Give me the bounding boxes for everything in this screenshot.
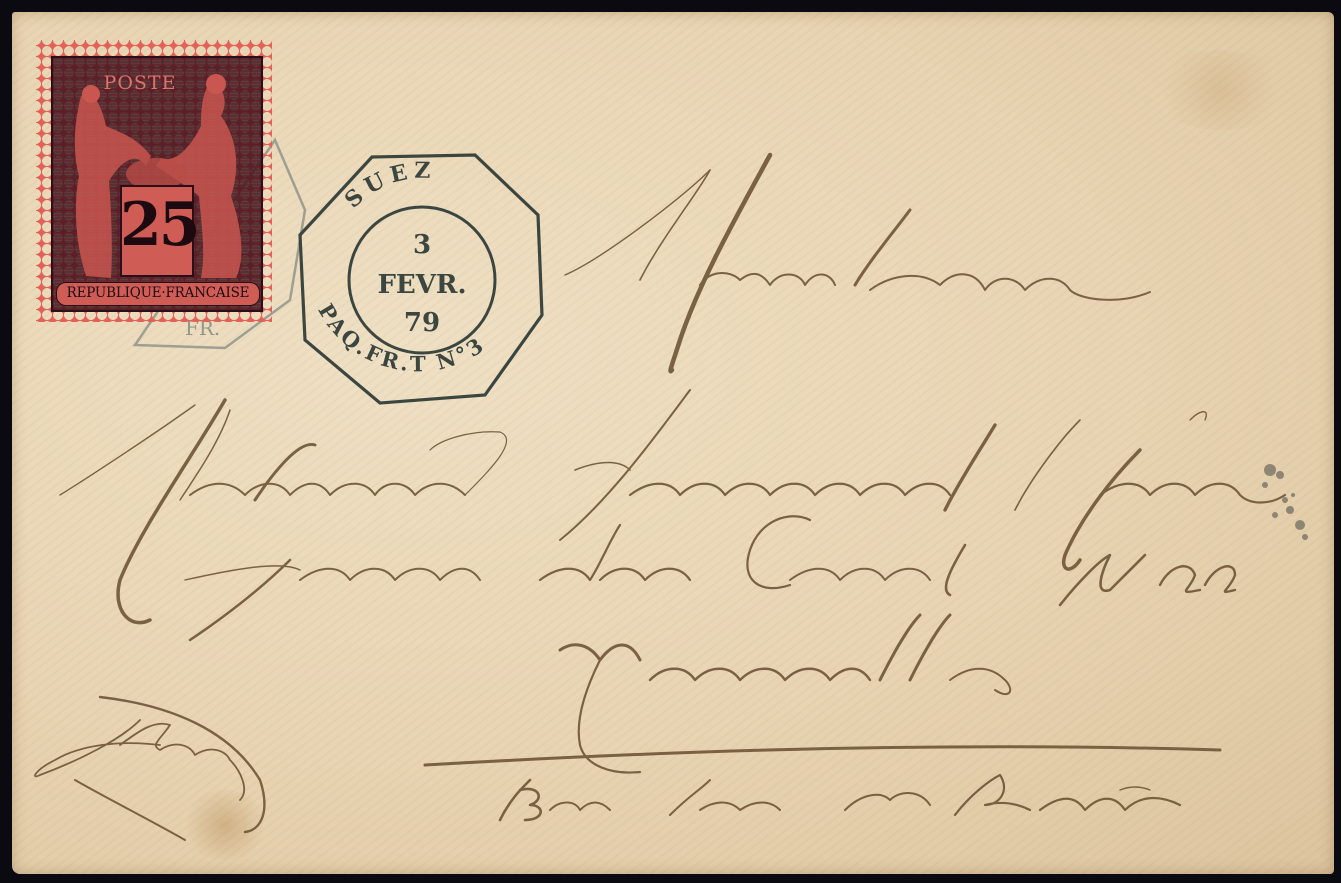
ink-smudge xyxy=(1245,455,1325,555)
postmark-day: 3 xyxy=(413,230,431,260)
city-text: Marseille xyxy=(570,640,760,686)
street-number-text: N° 22 xyxy=(1060,555,1167,596)
street-text: quai du Canal xyxy=(200,545,468,589)
svg-text:PAQ.FR.T N°3: PAQ.FR.T N°3 xyxy=(313,299,490,376)
salutation-text: Madame xyxy=(680,255,838,296)
postmark-line: PAQ.FR.T N°3 xyxy=(313,299,490,376)
suez-postmark: SUEZ PAQ.FR.T N°3 3 FEVR. 79 xyxy=(290,145,560,415)
stamp-denomination: 25 xyxy=(120,190,194,260)
age-stain xyxy=(1150,50,1290,130)
franco-annotation: franco xyxy=(60,730,164,768)
stamp-header-text: POSTE xyxy=(100,72,180,94)
postmark-city: SUEZ xyxy=(340,158,437,214)
svg-text:SUEZ: SUEZ xyxy=(340,158,437,214)
age-stain xyxy=(180,790,270,860)
recipient-name-text: Madame Fernand Merie xyxy=(70,455,561,501)
stamp-country-text: REPUBLIQUE·FRANCAISE xyxy=(56,285,260,301)
postmark-year: 79 xyxy=(404,308,440,338)
department-text: Bouches du Rhône xyxy=(500,780,821,820)
postmark-month: FEVR. xyxy=(377,270,466,300)
